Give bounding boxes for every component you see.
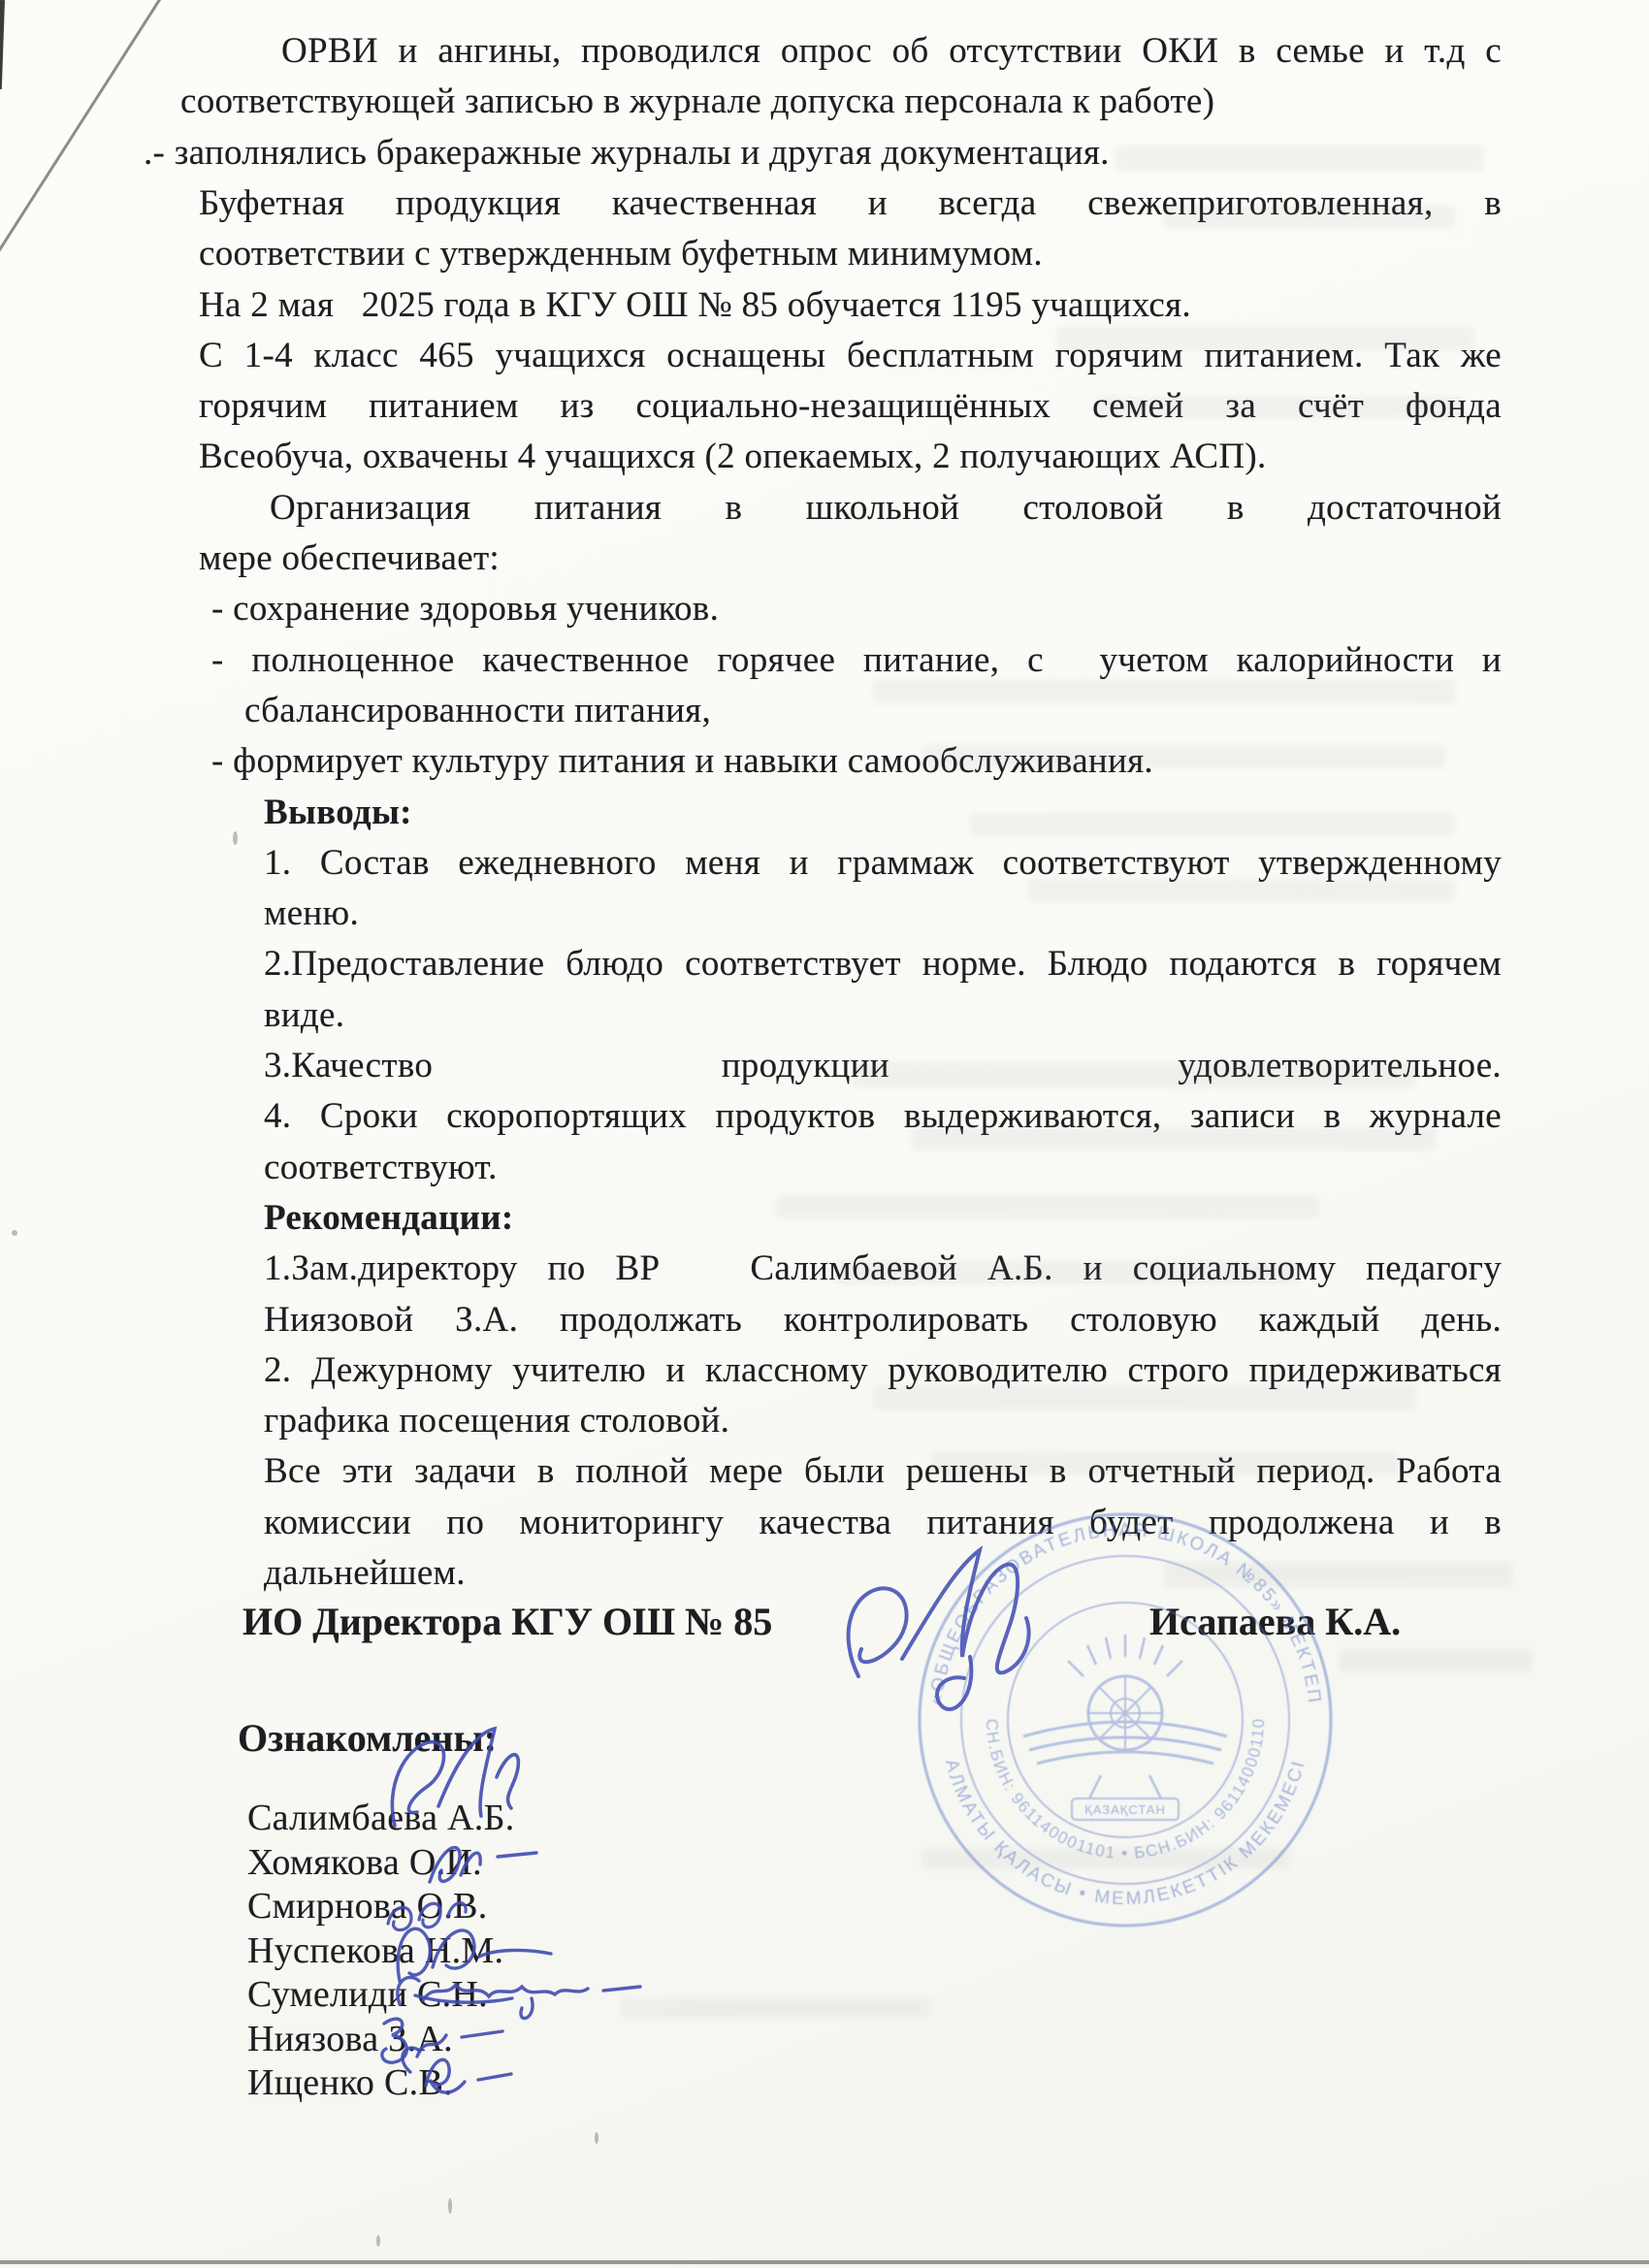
bleed-through-ghost [873,679,1455,704]
page-fold-line [0,0,163,260]
signature-ink-ishchenko [383,2035,587,2132]
bleed-through-ghost [1057,326,1474,351]
stamp-center-label: ҚАЗАҚСТАН [1084,1802,1166,1817]
director-signature-ink [824,1521,1115,1749]
director-title: ИО Директора КГУ ОШ № 85 [242,1599,772,1644]
bleed-through-ghost [931,1451,1397,1474]
scan-speck [233,831,238,845]
document-line-28: графика посещения столовой. [264,1399,729,1443]
document-line-20: виде. [264,993,344,1038]
document-line-14: сбалансированности питания, [244,689,711,733]
document-line-19: 2.Предоставление блюдо соответствует нор… [264,942,1502,987]
scan-speck [12,1230,17,1236]
document-line-24: Рекомендации: [264,1196,514,1241]
scan-speck [448,2198,452,2214]
bleed-through-ghost [1164,206,1455,229]
document-line-9: Всеобуча, охвачены 4 учащихся (2 опекаем… [199,435,1267,479]
document-line-10: Организация питания в школьной столовой … [270,486,1502,531]
scan-speck [595,2132,598,2144]
bleed-through-ghost [1096,396,1465,419]
bleed-through-ghost [912,1127,1436,1150]
bleed-through-ghost [621,1998,931,2018]
bleed-through-ghost [1164,1562,1513,1587]
bleed-through-ghost [1339,1649,1533,1672]
bleed-through-ghost [921,745,1445,768]
document-line-3: .- заполнялись бракеражные журналы и дру… [144,131,1110,176]
bleed-through-ghost [1115,146,1484,171]
document-line-31: дальнейшем. [264,1551,466,1596]
scanned-document-page: ОРВИ и ангины, проводился опрос об отсут… [0,0,1649,2268]
scanner-bottom-edge [0,2260,1649,2264]
document-line-12: - сохранение здоровья учеников. [211,587,719,632]
document-line-11: мере обеспечивает: [199,536,500,581]
document-line-26: Ниязовой З.А. продолжать контролировать … [264,1298,1502,1343]
bleed-through-ghost [873,1385,1416,1410]
bleed-through-ghost [834,1261,1300,1284]
bleed-through-ghost [854,1062,1416,1087]
document-line-5: соответствии с утвержденным буфетным мин… [199,232,1043,276]
scan-corner-edge [0,0,5,89]
document-line-13: - полноценное качественное горячее питан… [211,638,1502,683]
document-line-23: соответствуют. [264,1146,498,1190]
document-line-2: соответствующей записью в журнале допуск… [180,80,1214,124]
document-line-1: ОРВИ и ангины, проводился опрос об отсут… [281,29,1502,74]
bleed-through-ghost [776,1195,1319,1218]
document-line-6: На 2 мая 2025 года в КГУ ОШ № 85 обучает… [199,283,1191,328]
scan-speck [376,2235,380,2247]
bleed-through-ghost [1028,879,1455,902]
bleed-through-ghost [970,813,1455,836]
bleed-through-ghost [921,1848,1290,1869]
document-line-16: Выводы: [264,791,412,835]
document-line-18: меню. [264,891,359,936]
